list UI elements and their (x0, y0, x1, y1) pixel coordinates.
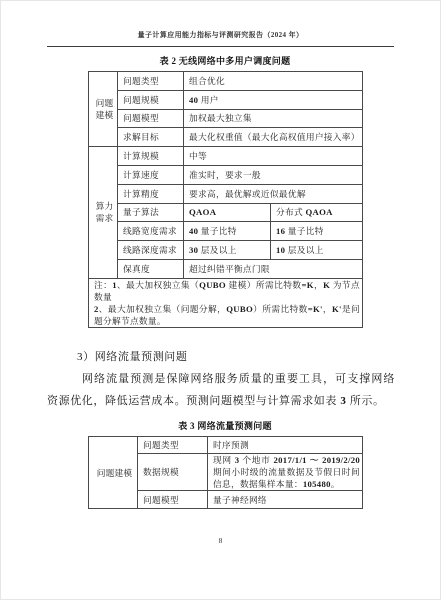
row-value-right: 10 层及以上 (271, 241, 363, 260)
page-header: 量子计算应用能力指标与评测研究报告（2024 年） (0, 30, 441, 40)
table-traffic-prediction: 问题建模 问题类型 时序预测 数据规模 现网 3 个地市 2017/1/1 ～ … (88, 436, 363, 509)
row-label: 量子算法 (118, 203, 184, 222)
row-value: 40 用户 (184, 90, 363, 109)
table-row: 计算精度 要求高，最优解或近似最优解 (89, 184, 363, 203)
table2-notes: 注：1、最大加权独立集（QUBO 建模）所需比特数=K，K 为节点数量 2、最大… (89, 278, 363, 327)
note-line-1: 注：1、最大加权独立集（QUBO 建模）所需比特数=K，K 为节点数量 (94, 279, 360, 303)
body-paragraph: 网络流量预测是保障网络服务质量的重要工具，可支撑网络资源优化，降低运营成本。预测… (47, 369, 395, 412)
row-label: 问题模型 (118, 109, 184, 128)
table-row: 问题建模 问题类型 组合优化 (89, 72, 363, 91)
row-value: 量子神经网络 (208, 491, 363, 509)
table-row: 求解目标 最大化权重值（最大化高权值用户接入率） (89, 128, 363, 147)
document-page: 量子计算应用能力指标与评测研究报告（2024 年） 表 2 无线网络中多用户调度… (0, 0, 441, 600)
group-problem-modeling: 问题建模 (89, 72, 118, 147)
header-rule (47, 46, 394, 47)
table2-caption: 表 2 无线网络中多用户调度问题 (88, 54, 362, 67)
row-value: 加权最大独立集 (184, 109, 363, 128)
table-row: 问题规模 40 用户 (89, 90, 363, 109)
section-heading: 3）网络流量预测问题 (47, 348, 395, 364)
table-wireless-multiuser-scheduling: 问题建模 问题类型 组合优化 问题规模 40 用户 问题模型 加权最大独立集 求… (88, 71, 363, 328)
table-row: 量子算法 QAOA 分布式 QAOA (89, 203, 363, 222)
row-value: 中等 (184, 147, 363, 166)
row-label: 求解目标 (118, 128, 184, 147)
table-row: 保真度 超过纠错平衡点门限 (89, 259, 363, 278)
table3-caption: 表 3 网络流量预测问题 (88, 419, 362, 432)
row-label: 问题类型 (138, 437, 208, 454)
row-value: 要求高，最优解或近似最优解 (184, 184, 363, 203)
row-label: 计算速度 (118, 165, 184, 184)
row-label: 计算精度 (118, 184, 184, 203)
row-label: 保真度 (118, 259, 184, 278)
page-number: 8 (0, 536, 441, 545)
row-value-left: 40 量子比特 (184, 222, 271, 241)
row-value: 最大化权重值（最大化高权值用户接入率） (184, 128, 363, 147)
group-compute-requirements: 算力需求 (89, 147, 118, 279)
table-row: 算力需求 计算规模 中等 (89, 147, 363, 166)
row-label: 问题类型 (118, 72, 184, 91)
table-row: 问题建模 问题类型 时序预测 (89, 437, 363, 454)
row-value: 准实时，要求一般 (184, 165, 363, 184)
row-label: 数据规模 (138, 454, 208, 491)
row-label: 线路宽度需求 (118, 222, 184, 241)
row-label: 问题规模 (118, 90, 184, 109)
note-line-2: 2、最大加权独立集（问题分解，QUBO）所需比特数=K'，K'是问题分解节点数量… (94, 303, 360, 327)
row-value: 组合优化 (184, 72, 363, 91)
table-row: 线路深度需求 30 层及以上 10 层及以上 (89, 241, 363, 260)
table-row: 线路宽度需求 40 量子比特 16 量子比特 (89, 222, 363, 241)
row-value: 时序预测 (208, 437, 363, 454)
row-value-right: 16 量子比特 (271, 222, 363, 241)
row-label: 计算规模 (118, 147, 184, 166)
row-label: 线路深度需求 (118, 241, 184, 260)
row-value-left: QAOA (184, 203, 271, 222)
row-value: 现网 3 个地市 2017/1/1 ～ 2019/2/20 期间小时级的流量数据… (208, 454, 363, 491)
group-problem-modeling: 问题建模 (89, 437, 138, 509)
row-value: 超过纠错平衡点门限 (184, 259, 363, 278)
row-label: 问题模型 (138, 491, 208, 509)
table-row: 问题模型 加权最大独立集 (89, 109, 363, 128)
table-note-row: 注：1、最大加权独立集（QUBO 建模）所需比特数=K，K 为节点数量 2、最大… (89, 278, 363, 327)
row-value-right: 分布式 QAOA (271, 203, 363, 222)
table-row: 计算速度 准实时，要求一般 (89, 165, 363, 184)
row-value-left: 30 层及以上 (184, 241, 271, 260)
